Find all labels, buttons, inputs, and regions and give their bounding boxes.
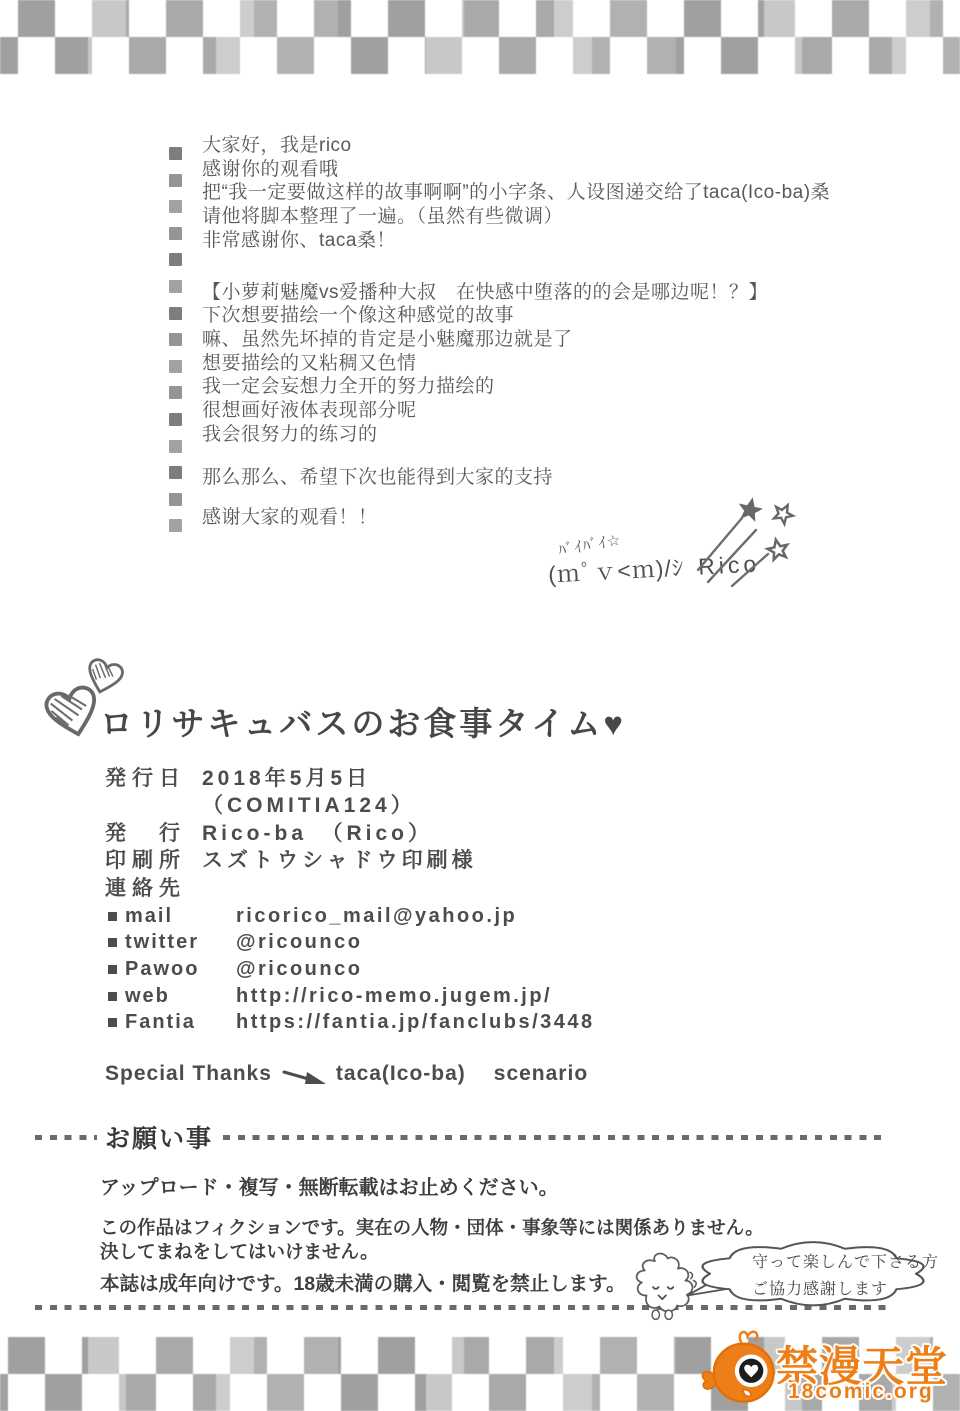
contact-label: Pawoo (125, 958, 236, 981)
bullet-square (169, 386, 182, 399)
notice-line: 決してまねをしてはいけません。 (100, 1238, 379, 1264)
afterword-line: 非常感谢你、taca桑！ (202, 229, 830, 253)
afterword-line: 感谢你的观看哦 (202, 158, 830, 182)
colophon: 発行日 2018年5月5日 （COMITIA124） 発 行 Rico-ba （… (105, 763, 477, 901)
scanned-afterword-page: 大家好，我是rico 感谢你的观看哦 把“我一定要做这样的故事啊啊”的小字条、人… (0, 0, 960, 1411)
colophon-row: 印刷所 スズトウシャドウ印刷様 (105, 846, 477, 874)
bullet-square (169, 174, 182, 187)
square-bullet-icon (108, 992, 117, 1001)
contact-list: mail ricorico_mail@yahoo.jp twitter @ric… (108, 903, 595, 1036)
notice-section-header: お願い事 (35, 1119, 885, 1155)
contact-value: ricorico_mail@yahoo.jp (236, 905, 517, 928)
colophon-row: （COMITIA124） (105, 791, 477, 819)
colophon-label: 印刷所 (105, 844, 202, 874)
contact-label: mail (125, 905, 236, 928)
special-thanks-name: taca(Ico-ba) (336, 1062, 466, 1086)
afterword-line: 把“我一定要做这样的故事啊啊”的小字条、人设图递交给了taca(Ico-ba)桑 (202, 181, 830, 205)
bullet-column (169, 147, 182, 532)
afterword-text: 大家好，我是rico 感谢你的观看哦 把“我一定要做这样的故事啊啊”的小字条、人… (202, 134, 830, 530)
colophon-label: 発行日 (105, 762, 202, 792)
afterword-line: 下次想要描绘一个像这种感觉的故事 (202, 304, 830, 328)
contact-label: Fantia (125, 1011, 236, 1034)
special-thanks-label: Special Thanks (105, 1062, 272, 1086)
colophon-label: 連絡先 (105, 872, 202, 902)
heart-doodle-icon (38, 680, 107, 746)
bullet-square (169, 147, 182, 160)
afterword-line: 我一定会妄想力全开的努力描绘的 (202, 375, 830, 399)
colophon-row: 発行日 2018年5月5日 (105, 763, 477, 791)
watermark-domain: 18comic.org (788, 1380, 934, 1404)
bullet-square (169, 333, 182, 346)
afterword-line: 嘛、虽然先坏掉的肯定是小魅魔那边就是了 (202, 328, 830, 352)
bullet-square (169, 200, 182, 213)
afterword-line: 想要描绘的又粘稠又色情 (202, 352, 830, 376)
contact-value: https://fantia.jp/fanclubs/3448 (236, 1011, 595, 1034)
bullet-square (169, 360, 182, 373)
colophon-value: スズトウシャドウ印刷様 (202, 844, 477, 874)
contact-row: Pawoo @ricounco (108, 956, 595, 983)
afterword-line: 我会很努力的练习的 (202, 423, 830, 447)
afterword-line: 那么那么、希望下次也能得到大家的支持 (202, 466, 830, 490)
colophon-label: 発 行 (105, 817, 202, 847)
dashed-line (35, 1135, 97, 1140)
checker-border-top (0, 0, 960, 74)
notice-title: お願い事 (105, 1119, 213, 1155)
colophon-value: （COMITIA124） (202, 789, 416, 819)
bubble-text-line: ご協力感謝します (752, 1276, 939, 1303)
bullet-square (169, 413, 182, 426)
contact-label: web (125, 985, 236, 1008)
bullet-square (169, 493, 182, 506)
bullet-square (169, 227, 182, 240)
notice-line: 本誌は成年向けです。18歳未満の購入・閲覧を禁止します。 (100, 1268, 626, 1296)
square-bullet-icon (108, 965, 117, 974)
bullet-square (169, 280, 182, 293)
colophon-value: Rico-ba （Rico） (202, 817, 433, 847)
contact-row: mail ricorico_mail@yahoo.jp (108, 903, 595, 930)
special-thanks-role: scenario (494, 1062, 588, 1086)
square-bullet-icon (108, 912, 117, 921)
bullet-square (169, 519, 182, 532)
notice-line: アップロード・複写・無断転載はお止めください。 (100, 1171, 559, 1200)
square-bullet-icon (108, 938, 117, 947)
bubble-text-line: 守って楽しんで下さる方 (752, 1249, 939, 1276)
contact-row: Fantia https://fantia.jp/fanclubs/3448 (108, 1009, 595, 1036)
notice-line: この作品はフィクションです。実在の人物・団体・事象等には関係ありません。 (100, 1214, 764, 1240)
book-title: ロリサキュバスのお食事タイム♥ (100, 698, 626, 745)
colophon-value: 2018年5月5日 (202, 762, 371, 792)
contact-row: web http://rico-memo.jugem.jp/ (108, 983, 595, 1010)
contact-value: @ricounco (236, 958, 362, 981)
whale-logo-icon (698, 1328, 782, 1408)
arrow-icon (282, 1067, 328, 1087)
afterword-line: 请他将脚本整理了一遍。（虽然有些微调） (202, 205, 830, 229)
square-bullet-icon (108, 1018, 117, 1027)
afterword-line: 【小萝莉魅魔vs爱播种大叔 在快感中堕落的的会是哪边呢！？】 (202, 281, 830, 305)
bullet-square (169, 466, 182, 479)
bubble-text: 守って楽しんで下さる方 ご協力感謝します (752, 1249, 939, 1303)
contact-label: twitter (125, 931, 236, 954)
special-thanks: Special Thanks taca(Ico-ba) scenario (105, 1061, 588, 1087)
dashed-line (223, 1135, 885, 1140)
kaomoji: (ｍﾟｖ<ｍ)/ｼ (548, 554, 685, 587)
contact-row: twitter @ricounco (108, 930, 595, 957)
bullet-square (169, 440, 182, 453)
contact-value: @ricounco (236, 931, 362, 954)
afterword-line: 很想画好液体表现部分呢 (202, 399, 830, 423)
stars-doodle-icon (690, 492, 802, 594)
colophon-row: 連絡先 (105, 873, 477, 901)
bullet-square (169, 253, 182, 266)
bullet-square (169, 307, 182, 320)
colophon-row: 発 行 Rico-ba （Rico） (105, 818, 477, 846)
afterword-line: 大家好，我是rico (202, 134, 830, 158)
contact-value: http://rico-memo.jugem.jp/ (236, 985, 552, 1008)
